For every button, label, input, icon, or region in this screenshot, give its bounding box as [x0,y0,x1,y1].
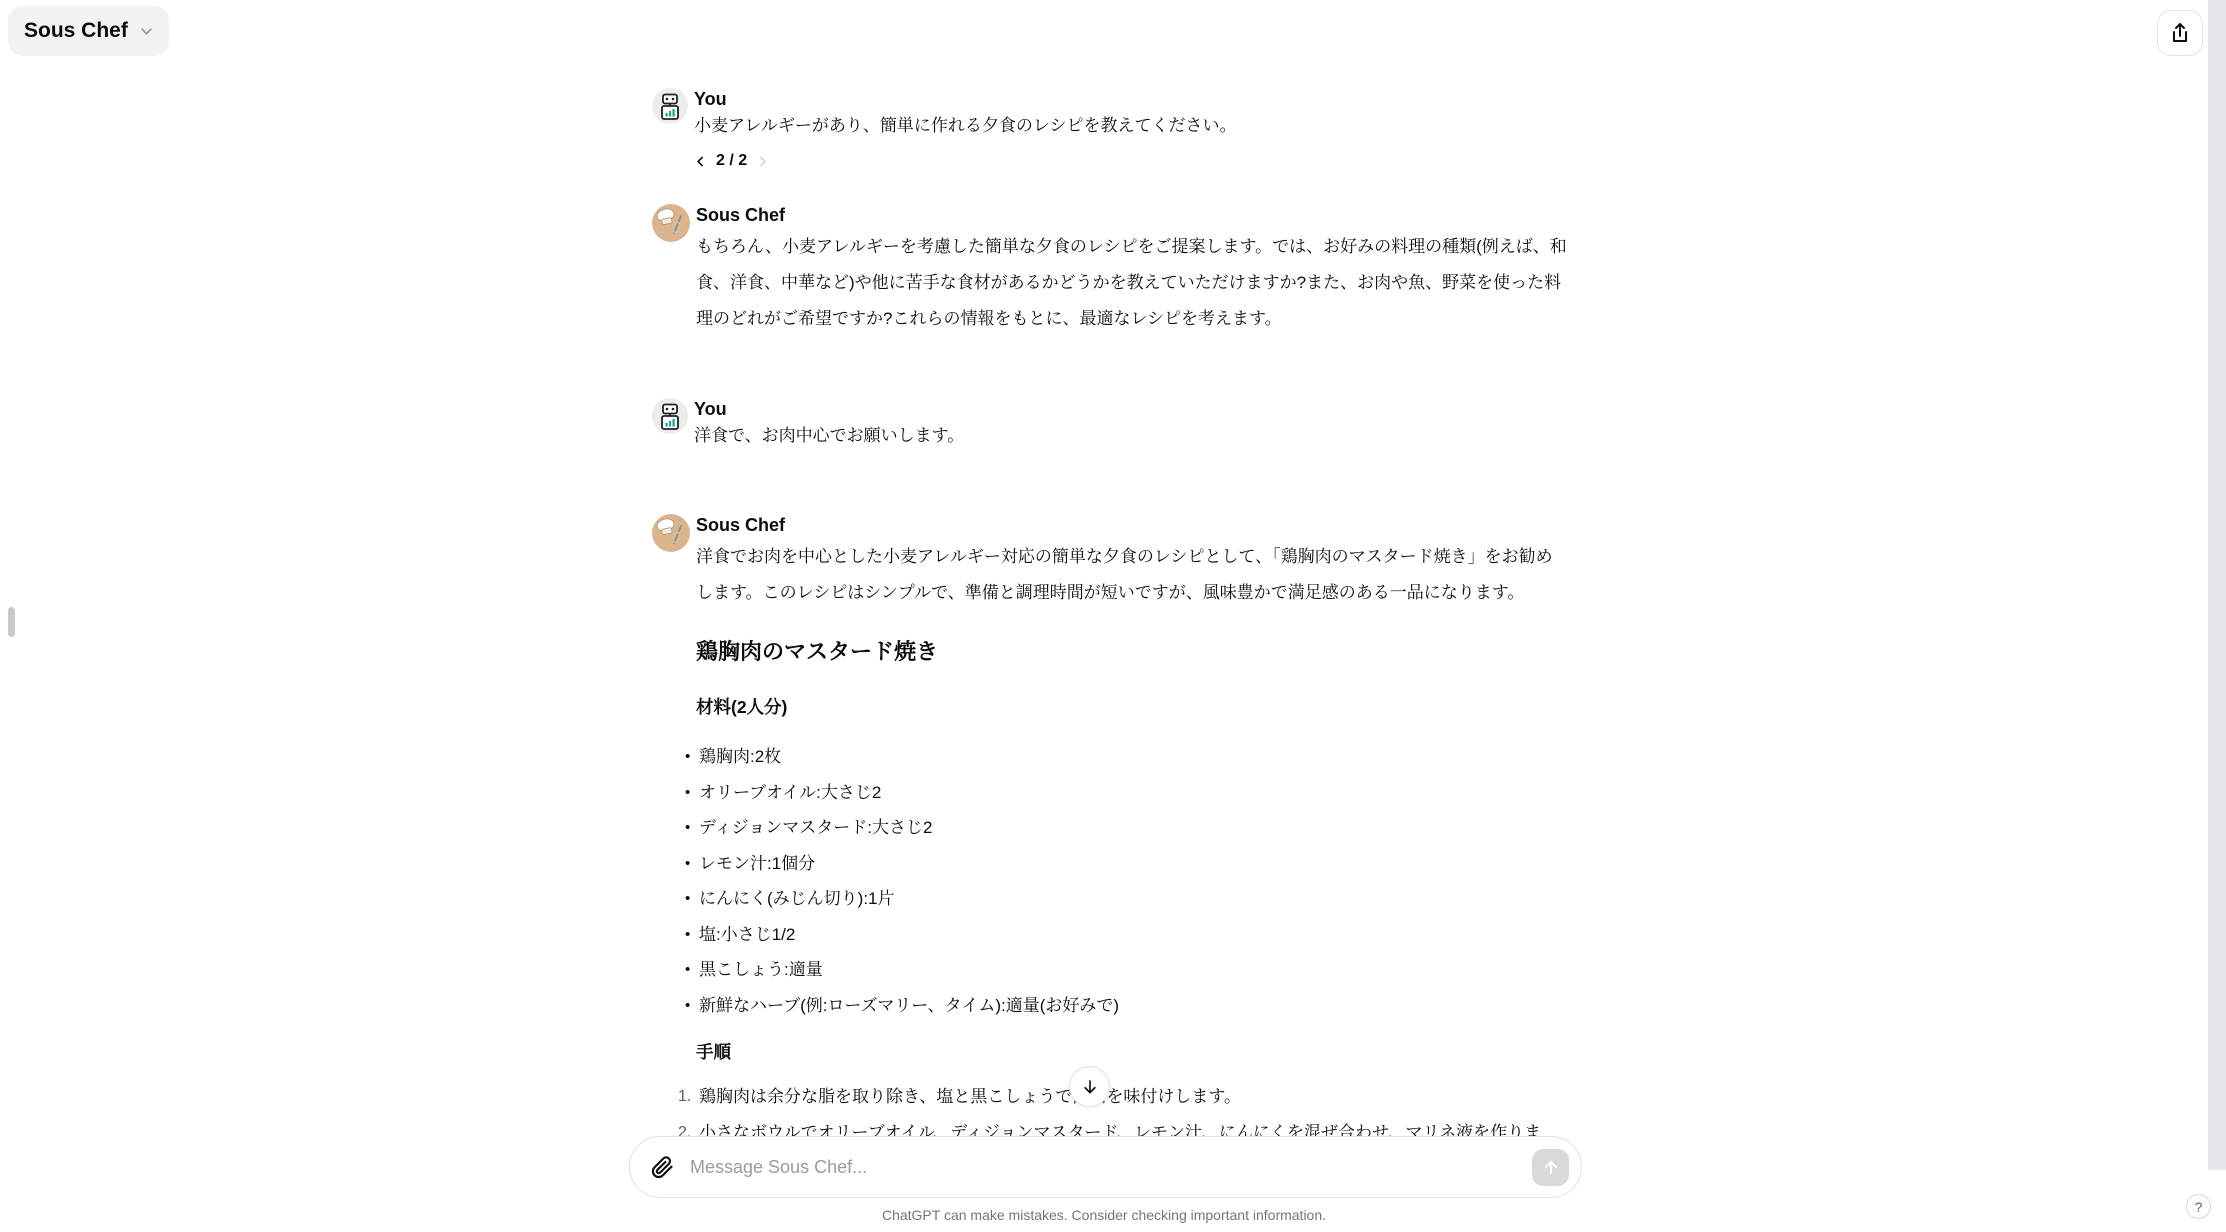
list-item: レモン汁:1個分 [696,846,1567,882]
sender-name: Sous Chef [696,204,1567,226]
model-switcher-button[interactable]: Sous Chef [8,6,169,56]
chevron-down-icon [138,23,155,40]
list-item: オリーブオイル:大さじ2 [696,775,1567,811]
user-avatar-icon [652,88,688,170]
sender-name: You [694,398,1567,420]
previous-version-button[interactable] [694,155,707,168]
message-text: 洋食でお肉を中心とした小麦アレルギー対応の簡単な夕食のレシピとして、「鶏胸肉のマ… [696,539,1567,611]
next-version-button[interactable] [756,155,769,168]
arrow-up-icon [1541,1157,1561,1177]
list-item: 黒こしょう:適量 [696,952,1567,988]
version-count: 2 / 2 [716,152,747,170]
ingredients-heading: 材料(2人分) [696,695,1567,719]
attach-file-button[interactable] [651,1156,674,1179]
scrollbar-track[interactable] [2208,0,2226,1170]
steps-heading: 手順 [696,1040,1567,1064]
recipe-title: 鶏胸肉のマスタード焼き [696,637,1567,667]
assistant-message-1: Sous Chef もちろん、小麦アレルギーを考慮した簡単な夕食のレシピをご提案… [652,202,1567,337]
message-text: 洋食で、お肉中心でお願いします。 [694,422,1567,450]
share-icon [2168,21,2192,45]
help-button[interactable]: ? [2186,1194,2211,1219]
message-text: もちろん、小麦アレルギーを考慮した簡単な夕食のレシピをご提案します。では、お好み… [696,229,1567,337]
list-item: ディジョンマスタード:大さじ2 [696,810,1567,846]
message-version-pager: 2 / 2 [694,152,1567,170]
message-composer [629,1136,1582,1198]
chevron-right-icon [756,155,769,168]
sender-name: You [694,88,1567,110]
question-mark-label: ? [2195,1199,2203,1215]
user-message-1: You 小麦アレルギーがあり、簡単に作れる夕食のレシピを教えてください。 2 /… [652,86,1567,170]
sender-name: Sous Chef [696,514,1567,536]
list-item: にんにく(みじん切り):1片 [696,881,1567,917]
send-button[interactable] [1532,1149,1569,1186]
message-input[interactable] [690,1157,1532,1178]
chat-app-window: Sous Chef [0,0,2226,1232]
user-avatar-icon [652,398,688,450]
ingredients-list: 鶏胸肉:2枚 オリーブオイル:大さじ2 ディジョンマスタード:大さじ2 レモン汁… [696,739,1567,1023]
list-item: 塩:小さじ1/2 [696,917,1567,953]
disclaimer-text: ChatGPT can make mistakes. Consider chec… [0,1207,2208,1223]
scroll-to-bottom-button[interactable] [1069,1066,1110,1107]
share-button[interactable] [2157,10,2203,56]
app-title: Sous Chef [24,19,128,43]
user-message-2: You 洋食で、お肉中心でお願いします。 [652,396,1567,450]
message-text: 小麦アレルギーがあり、簡単に作れる夕食のレシピを教えてください。 [694,112,1567,140]
sidebar-toggle-handle[interactable] [8,607,15,637]
assistant-avatar-icon [652,204,690,337]
paperclip-icon [651,1156,674,1179]
arrow-down-icon [1081,1078,1099,1096]
list-item: 鶏胸肉:2枚 [696,739,1567,775]
list-item: 鶏胸肉は余分な脂を取り除き、塩と黒こしょうで両面を味付けします。 [696,1079,1567,1115]
chevron-left-icon [694,155,707,168]
list-item: 新鮮なハーブ(例:ローズマリー、タイム):適量(お好みで) [696,988,1567,1024]
